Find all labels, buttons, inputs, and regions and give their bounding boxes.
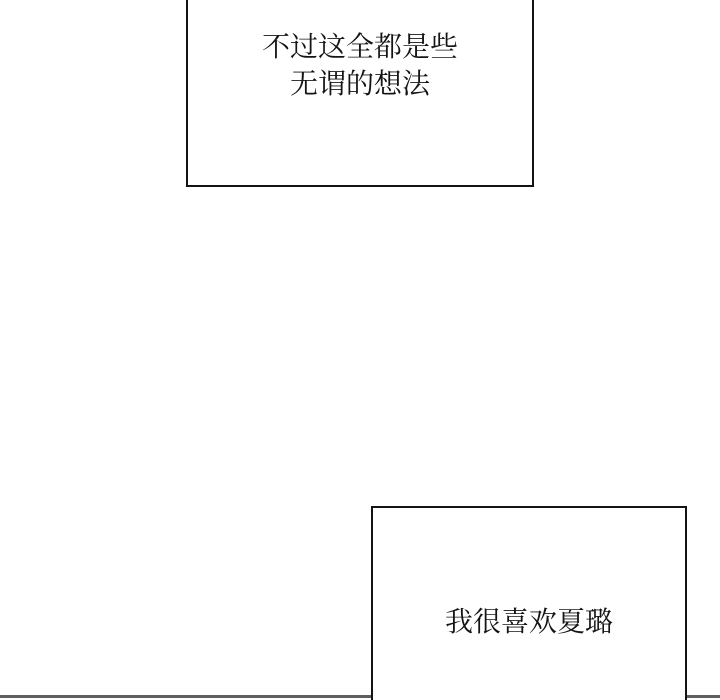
top-caption-text: 不过这全都是些 无谓的想法 — [188, 0, 532, 102]
bottom-caption-box: 我很喜欢夏璐 — [371, 506, 687, 700]
caption-text-line: 无谓的想法 — [188, 65, 532, 102]
top-caption-box: 不过这全都是些 无谓的想法 — [186, 0, 534, 187]
caption-text-line: 不过这全都是些 — [188, 28, 532, 65]
bottom-caption-text: 我很喜欢夏璐 — [373, 508, 685, 640]
caption-text-line: 我很喜欢夏璐 — [373, 603, 685, 640]
comic-page: 不过这全都是些 无谓的想法 我很喜欢夏璐 — [0, 0, 720, 700]
